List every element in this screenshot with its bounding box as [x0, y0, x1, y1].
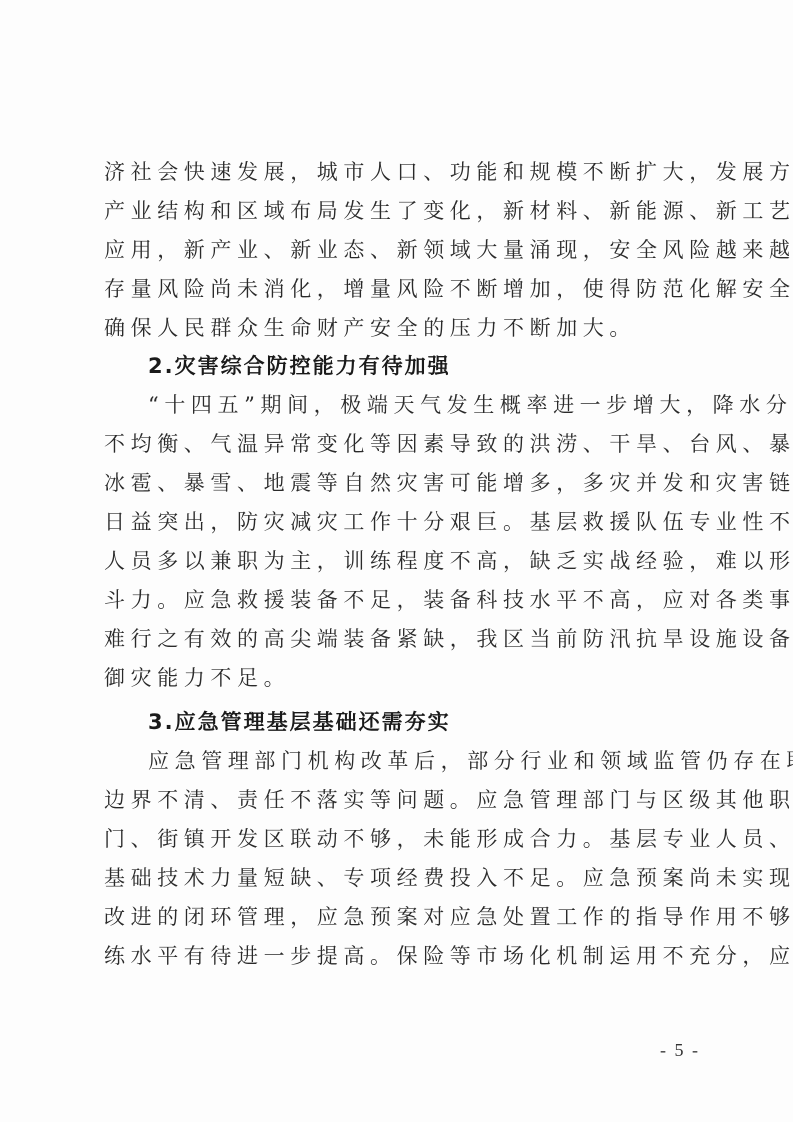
body-text-line: 应急管理部门机构改革后，部分行业和领域监管仍存在职责: [148, 747, 694, 775]
section-heading-3: 3.应急管理基层基础还需夯实: [148, 708, 694, 736]
body-text-line: 难行之有效的高尖端装备紧缺，我区当前防汛抗旱设施设备应灾: [104, 625, 694, 653]
body-text-line: 日益突出，防灾减灾工作十分艰巨。基层救援队伍专业性不强，: [104, 508, 694, 536]
body-text-line: 济社会快速发展，城市人口、功能和规模不断扩大，发展方式、: [104, 158, 694, 186]
page-number: - 5 -: [660, 1040, 700, 1061]
body-text-line: 边界不清、责任不落实等问题。应急管理部门与区级其他职能部: [104, 786, 694, 814]
body-text-line: 御灾能力不足。: [104, 664, 694, 692]
body-text-line: 斗力。应急救援装备不足，装备科技水平不高，应对各类事故灾: [104, 586, 694, 614]
section-heading-2: 2.灾害综合防控能力有待加强: [148, 352, 694, 380]
body-text-line: 不均衡、气温异常变化等因素导致的洪涝、干旱、台风、暴雨、: [104, 430, 694, 458]
body-text-line: 冰雹、暴雪、地震等自然灾害可能增多，多灾并发和灾害链特征: [104, 469, 694, 497]
body-text-line: 练水平有待进一步提高。保险等市场化机制运用不充分，应急资: [104, 942, 694, 970]
body-text-line: 人员多以兼职为主，训练程度不高，缺乏实战经验，难以形成战: [104, 547, 694, 575]
body-text-line: 产业结构和区域布局发生了变化，新材料、新能源、新工艺广泛: [104, 197, 694, 225]
body-text-line: “十四五”期间，极端天气发生概率进一步增大，降水分布: [148, 391, 694, 419]
document-page: 济社会快速发展，城市人口、功能和规模不断扩大，发展方式、 产业结构和区域布局发生…: [0, 0, 793, 1122]
body-text-line: 存量风险尚未消化，增量风险不断增加，使得防范化解安全风险、: [104, 275, 694, 303]
body-text-line: 应用，新产业、新业态、新领域大量涌现，安全风险越来越复杂，: [104, 236, 694, 264]
body-text-line: 基础技术力量短缺、专项经费投入不足。应急预案尚未实现持续: [104, 864, 694, 892]
body-text-line: 确保人民群众生命财产安全的压力不断加大。: [104, 314, 694, 342]
body-text-line: 改进的闭环管理，应急预案对应急处置工作的指导作用不够，演: [104, 903, 694, 931]
body-text-line: 门、街镇开发区联动不够，未能形成合力。基层专业人员、基层: [104, 825, 694, 853]
